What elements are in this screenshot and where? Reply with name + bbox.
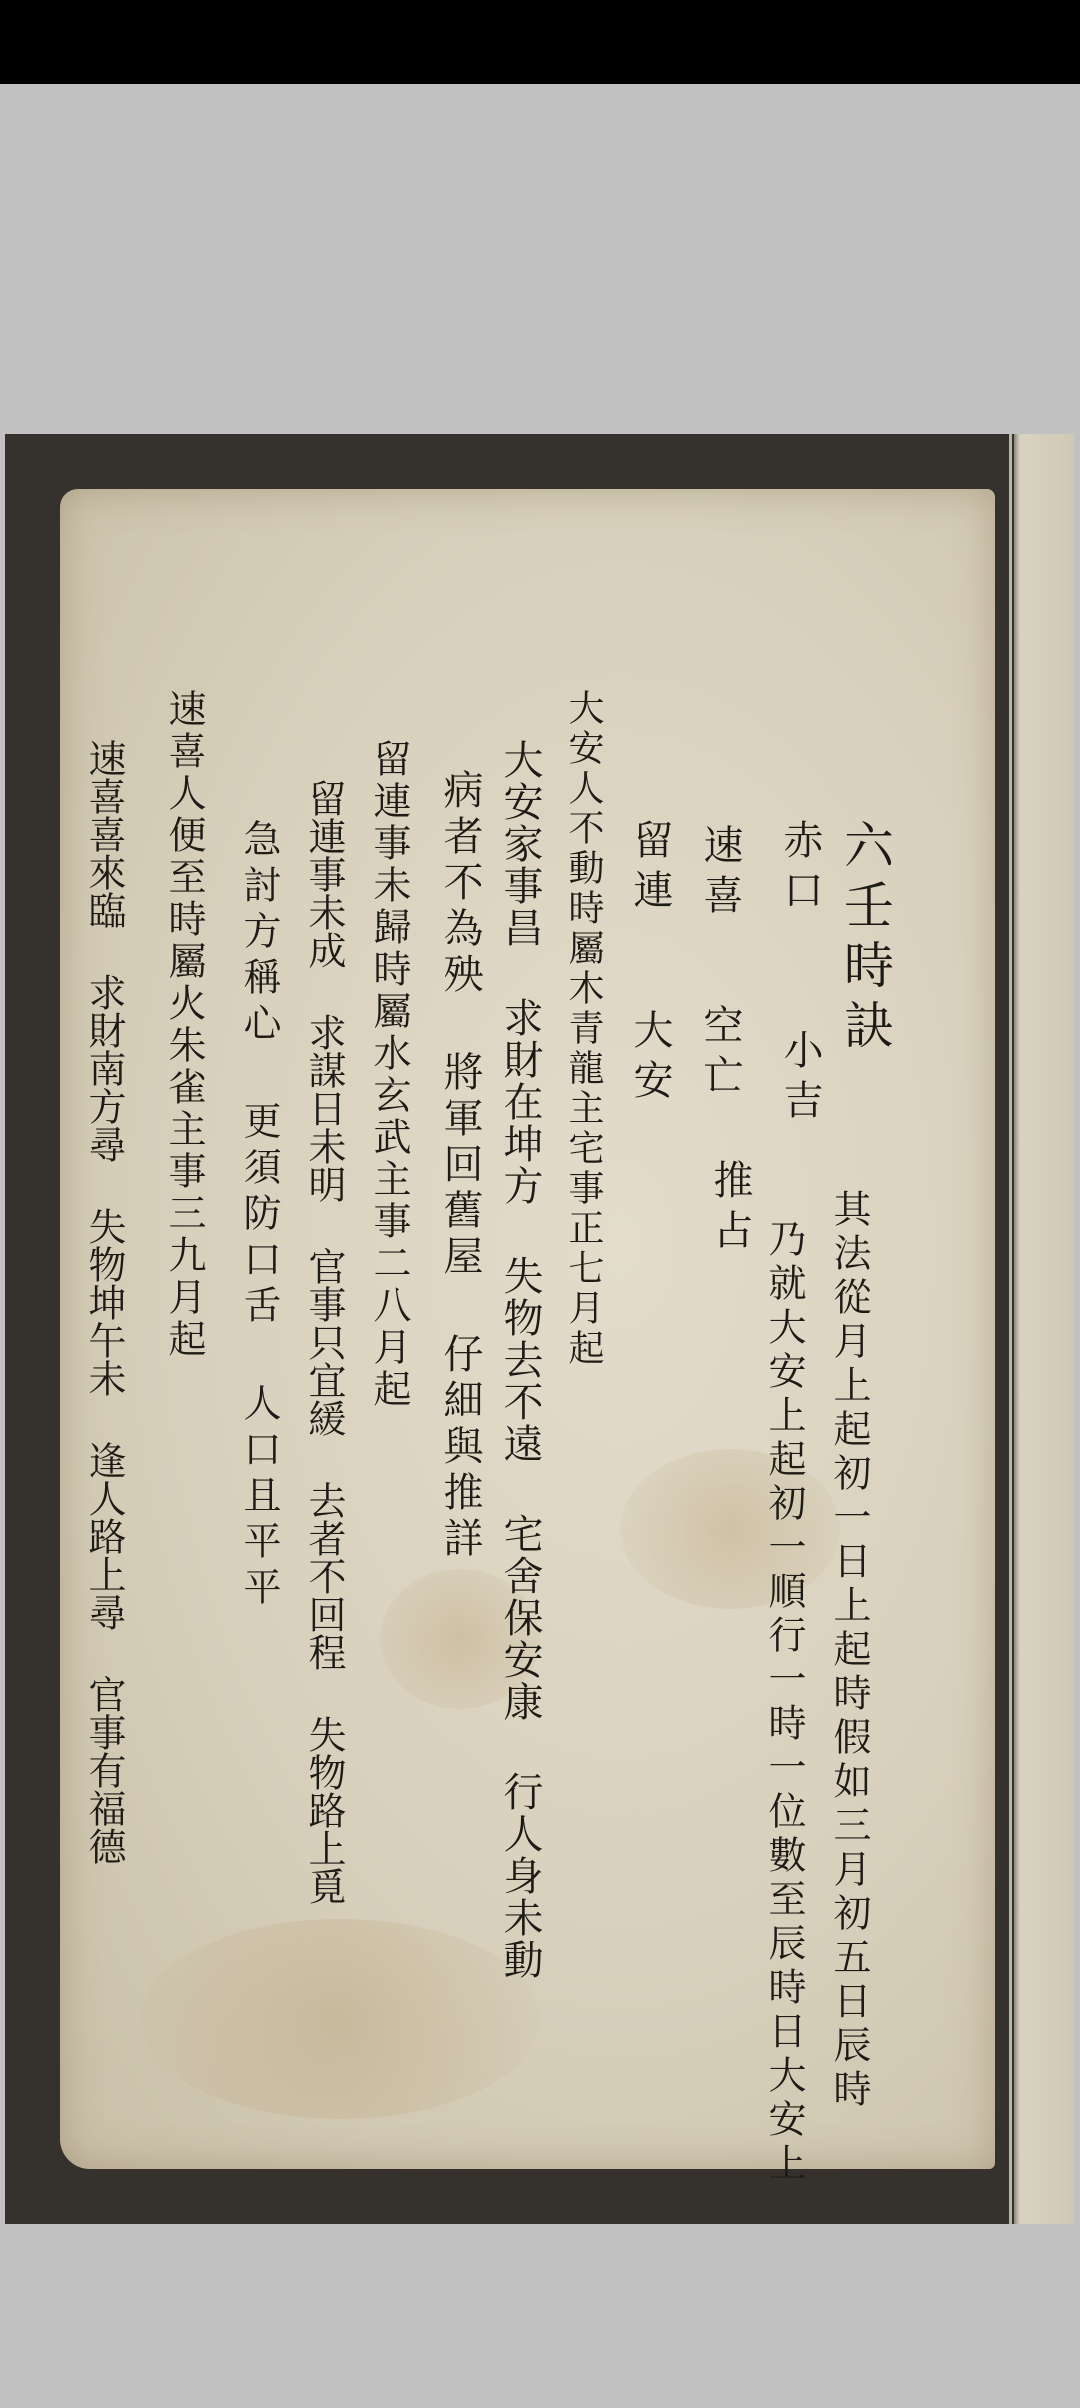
palm-suxi: 速喜: [700, 824, 740, 924]
palm-liulian: 留連: [630, 819, 670, 919]
liu-lian-header: 留連事未歸時屬水玄武主事二八月起: [370, 739, 408, 1411]
palm-xiaoji: 小吉: [780, 1029, 820, 1129]
palm-chikou: 赤口: [780, 819, 820, 919]
da-an-verse-2: 病者不為殃 將軍回舊屋 仔細與推詳: [440, 769, 480, 1563]
document-title: 六壬時訣: [840, 819, 890, 1059]
page-gutter: [1009, 434, 1012, 2224]
palm-da-an: 大安: [630, 1009, 670, 1109]
da-an-verse-1: 大安家事昌 求財在坤方 失物去不遠 宅舍保安康 行人身未動: [500, 739, 540, 1981]
palm-kongwang: 空亡: [700, 1004, 740, 1104]
method-line-1: 其法從月上起初一日上起時假如三月初五日辰時: [830, 1189, 868, 2113]
liu-lian-verse-2: 急討方稱心 更須防口舌 人口且平平: [240, 819, 278, 1613]
su-xi-verse-1: 速喜喜來臨 求財南方尋 失物坤午未 逢人路上尋 官事有福德: [85, 739, 123, 1865]
image-viewer[interactable]: 六壬時訣 赤口 小吉 速喜 空亡 推占 留連 大安 其法從月上起初一日上起時假如…: [0, 84, 1080, 2408]
method-line-2: 乃就大安上起初一順行一時一位數至辰時日大安上: [765, 1219, 803, 2187]
su-xi-header: 速喜人便至時屬火朱雀主事三九月起: [165, 689, 203, 1361]
da-an-header: 大安人不動時屬木青龍主宅事正七月起: [565, 689, 601, 1369]
status-bar: [0, 0, 1080, 84]
facing-page-edge: [1014, 434, 1074, 2224]
manuscript-scan: 六壬時訣 赤口 小吉 速喜 空亡 推占 留連 大安 其法從月上起初一日上起時假如…: [5, 434, 1074, 2224]
palm-tuizhan: 推占: [710, 1159, 750, 1259]
manuscript-page: 六壬時訣 赤口 小吉 速喜 空亡 推占 留連 大安 其法從月上起初一日上起時假如…: [60, 489, 995, 2169]
liu-lian-verse-1: 留連事未成 求謀日未明 官事只宜緩 去者不回程 失物路上覓: [305, 779, 343, 1905]
